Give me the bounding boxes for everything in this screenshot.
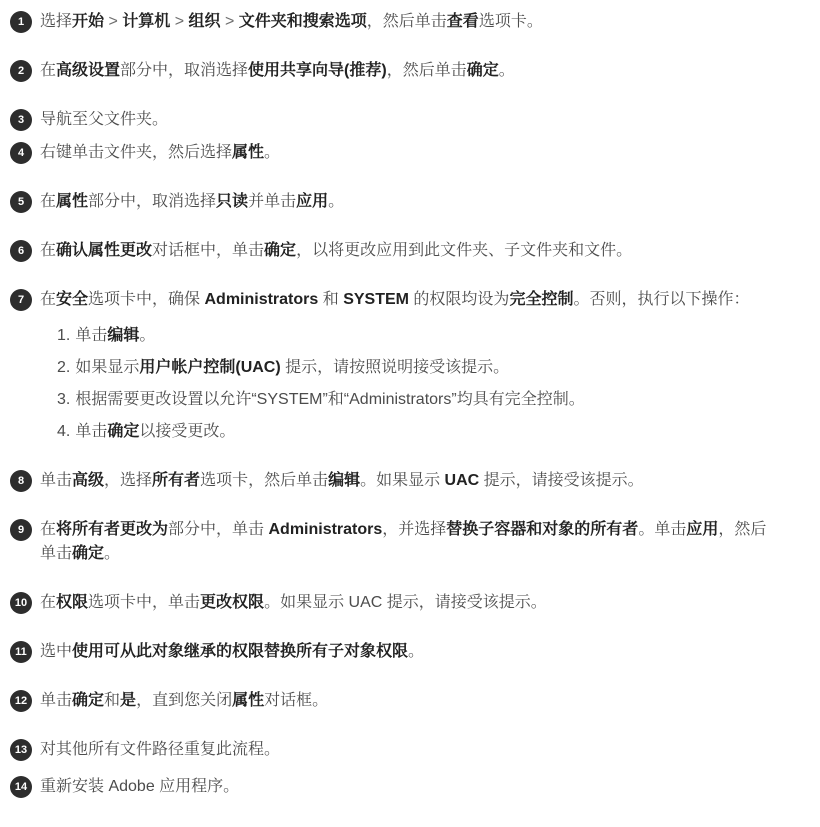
step-number-badge: 9 xyxy=(10,519,32,541)
step-text-bold: 属性 xyxy=(232,692,264,709)
step-text: 在安全选项卡中，确保 Administrators 和 SYSTEM 的权限均设… xyxy=(40,288,768,312)
sub-step-item: 4.单击确定以接受更改。 xyxy=(57,420,768,444)
sub-step-text-segment: 根据需要更改设置以允许“SYSTEM”和“Administrators”均具有完… xyxy=(75,391,584,408)
step-text: 重新安装 Adobe 应用程序。 xyxy=(40,775,768,799)
step-number-badge: 8 xyxy=(10,470,32,492)
step-text-bold: 是 xyxy=(120,692,136,709)
step-text-bold: 高级设置 xyxy=(56,62,120,79)
step-text-bold: 确定 xyxy=(72,692,104,709)
step-item: 1选择开始 > 计算机 > 组织 > 文件夹和搜索选项，然后单击查看选项卡。 xyxy=(0,10,820,34)
step-number-badge: 3 xyxy=(10,109,32,131)
step-item: 4右键单击文件夹，然后选择属性。 xyxy=(0,141,820,165)
step-text-bold: 属性 xyxy=(56,193,88,210)
step-text-bold: 将所有者更改为 xyxy=(56,521,168,538)
step-item: 2在高级设置部分中，取消选择使用共享向导(推荐)，然后单击确定。 xyxy=(0,59,820,83)
step-text-segment: 对话框。 xyxy=(264,692,328,709)
step-text-segment: 选项卡。 xyxy=(479,13,543,30)
step-text-bold: 组织 xyxy=(189,13,221,30)
step-text-bold: 确定 xyxy=(72,545,104,562)
sub-step-item: 3.根据需要更改设置以允许“SYSTEM”和“Administrators”均具… xyxy=(57,388,768,412)
sub-step-text: 根据需要更改设置以允许“SYSTEM”和“Administrators”均具有完… xyxy=(75,388,584,412)
step-item: 6在确认属性更改对话框中，单击确定，以将更改应用到此文件夹、子文件夹和文件。 xyxy=(0,239,820,263)
step-text-segment: ，选择 xyxy=(104,472,152,489)
step-text-bold: 只读 xyxy=(216,193,248,210)
step-item: 14重新安装 Adobe 应用程序。 xyxy=(0,775,820,799)
step-text-segment: ，然后单击 xyxy=(387,62,467,79)
sub-step-number: 4. xyxy=(57,420,70,444)
step-item: 5在属性部分中，取消选择只读并单击应用。 xyxy=(0,190,820,214)
sub-step-text-bold: 确定 xyxy=(107,423,139,440)
step-number-badge: 1 xyxy=(10,11,32,33)
step-text-bold: 使用可从此对象继承的权限替换所有子对象权限 xyxy=(72,643,408,660)
step-text-segment: 在 xyxy=(40,594,56,611)
step-text: 导航至父文件夹。 xyxy=(40,108,768,132)
step-text-segment: 。否则，执行以下操作： xyxy=(573,291,749,308)
step-text-segment: 右键单击文件夹，然后选择 xyxy=(40,144,232,161)
step-text-segment: 对其他所有文件路径重复此流程。 xyxy=(40,741,280,758)
step-text-bold: 确定 xyxy=(467,62,499,79)
step-number-badge: 7 xyxy=(10,289,32,311)
step-number-badge: 14 xyxy=(10,776,32,798)
step-number-badge: 12 xyxy=(10,690,32,712)
sub-step-text-segment: 。 xyxy=(139,327,155,344)
step-text-bold: 应用 xyxy=(296,193,328,210)
numbered-steps-list: 1选择开始 > 计算机 > 组织 > 文件夹和搜索选项，然后单击查看选项卡。2在… xyxy=(0,0,820,799)
step-item: 10在权限选项卡中，单击更改权限。如果显示 UAC 提示，请接受该提示。 xyxy=(0,591,820,615)
sub-step-text-segment: 以接受更改。 xyxy=(139,423,235,440)
step-text-segment: 单击 xyxy=(40,472,72,489)
step-text-segment: 在 xyxy=(40,193,56,210)
step-text-segment: 选项卡中，确保 xyxy=(88,291,204,308)
step-text-bold: 完全控制 xyxy=(509,291,573,308)
step-text-segment: ，直到您关闭 xyxy=(136,692,232,709)
step-text-bold: 更改权限 xyxy=(200,594,264,611)
step-text-bold: 计算机 xyxy=(122,13,170,30)
step-text: 在高级设置部分中，取消选择使用共享向导(推荐)，然后单击确定。 xyxy=(40,59,768,83)
sub-step-text: 单击确定以接受更改。 xyxy=(75,420,235,444)
step-text: 选中使用可从此对象继承的权限替换所有子对象权限。 xyxy=(40,640,768,664)
step-number-badge: 5 xyxy=(10,191,32,213)
step-text-bold: UAC xyxy=(445,472,480,489)
step-text-bold: 高级 xyxy=(72,472,104,489)
step-number-badge: 11 xyxy=(10,641,32,663)
step-text-segment: ，以将更改应用到此文件夹、子文件夹和文件。 xyxy=(296,242,632,259)
sub-step-item: 1.单击编辑。 xyxy=(57,324,768,348)
breadcrumb-separator: > xyxy=(104,13,122,30)
step-text-bold: 使用共享向导(推荐) xyxy=(248,62,387,79)
step-text-segment: 导航至父文件夹。 xyxy=(40,111,168,128)
sub-step-text-segment: 如果显示 xyxy=(75,359,139,376)
step-text-segment: 。 xyxy=(499,62,515,79)
step-text-segment: 。如果显示 xyxy=(360,472,444,489)
sub-steps-list: 1.单击编辑。2.如果显示用户帐户控制(UAC) 提示，请按照说明接受该提示。3… xyxy=(40,324,768,444)
step-text-segment: 在 xyxy=(40,62,56,79)
step-text-segment: 单击 xyxy=(40,692,72,709)
step-text: 在确认属性更改对话框中，单击确定，以将更改应用到此文件夹、子文件夹和文件。 xyxy=(40,239,768,263)
step-text-bold: Administrators xyxy=(204,291,318,308)
step-text-segment: 的权限均设为 xyxy=(409,291,509,308)
step-text-segment: 在 xyxy=(40,242,56,259)
step-text-segment: 选择 xyxy=(40,13,72,30)
step-text: 在将所有者更改为部分中，单击 Administrators，并选择替换子容器和对… xyxy=(40,518,768,566)
step-item: 8单击高级，选择所有者选项卡，然后单击编辑。如果显示 UAC 提示，请接受该提示… xyxy=(0,469,820,493)
step-text-bold: SYSTEM xyxy=(343,291,409,308)
sub-step-text-segment: 单击 xyxy=(75,423,107,440)
sub-step-text: 如果显示用户帐户控制(UAC) 提示，请按照说明接受该提示。 xyxy=(75,356,509,380)
step-number-badge: 6 xyxy=(10,240,32,262)
step-text-bold: 查看 xyxy=(447,13,479,30)
step-text-bold: 应用 xyxy=(686,521,718,538)
step-number-badge: 2 xyxy=(10,60,32,82)
step-item: 9在将所有者更改为部分中，单击 Administrators，并选择替换子容器和… xyxy=(0,518,820,566)
step-text-bold: 属性 xyxy=(232,144,264,161)
breadcrumb-separator: > xyxy=(221,13,239,30)
sub-step-text-bold: 编辑 xyxy=(107,327,139,344)
step-text-segment: 。 xyxy=(328,193,344,210)
step-text-segment: 选项卡中，单击 xyxy=(88,594,200,611)
step-item: 12单击确定和是，直到您关闭属性对话框。 xyxy=(0,689,820,713)
sub-step-number: 3. xyxy=(57,388,70,412)
step-number-badge: 4 xyxy=(10,142,32,164)
sub-step-text-bold: 用户帐户控制(UAC) xyxy=(139,359,280,376)
step-item: 7在安全选项卡中，确保 Administrators 和 SYSTEM 的权限均… xyxy=(0,288,820,444)
step-text-segment: 和 xyxy=(318,291,343,308)
step-text-segment: 部分中，取消选择 xyxy=(88,193,216,210)
step-text-bold: 权限 xyxy=(56,594,88,611)
step-text-bold: 所有者 xyxy=(152,472,200,489)
step-item: 3导航至父文件夹。 xyxy=(0,108,820,132)
step-text-segment: 在 xyxy=(40,291,56,308)
step-text-segment: 部分中，取消选择 xyxy=(120,62,248,79)
step-text-segment: 对话框中，单击 xyxy=(152,242,264,259)
sub-step-item: 2.如果显示用户帐户控制(UAC) 提示，请按照说明接受该提示。 xyxy=(57,356,768,380)
step-text-segment: 提示，请接受该提示。 xyxy=(479,472,643,489)
step-text-bold: 编辑 xyxy=(328,472,360,489)
step-text-segment: 。 xyxy=(104,545,120,562)
step-text-bold: 替换子容器和对象的所有者 xyxy=(446,521,638,538)
step-text: 选择开始 > 计算机 > 组织 > 文件夹和搜索选项，然后单击查看选项卡。 xyxy=(40,10,768,34)
step-number-badge: 13 xyxy=(10,739,32,761)
step-text-bold: 文件夹和搜索选项 xyxy=(239,13,367,30)
step-text-bold: Administrators xyxy=(268,521,382,538)
step-text: 单击确定和是，直到您关闭属性对话框。 xyxy=(40,689,768,713)
step-text-bold: 安全 xyxy=(56,291,88,308)
step-text-segment: 。单击 xyxy=(638,521,686,538)
step-text-segment: 。如果显示 UAC 提示，请接受该提示。 xyxy=(264,594,547,611)
step-text-segment: 。 xyxy=(408,643,424,660)
step-text: 对其他所有文件路径重复此流程。 xyxy=(40,738,768,762)
breadcrumb-separator: > xyxy=(170,13,188,30)
step-text-segment: 选项卡，然后单击 xyxy=(200,472,328,489)
step-number-badge: 10 xyxy=(10,592,32,614)
sub-step-text-segment: 提示，请按照说明接受该提示。 xyxy=(281,359,509,376)
step-text-segment: 部分中，单击 xyxy=(168,521,268,538)
step-text-segment: ，并选择 xyxy=(382,521,446,538)
step-text: 单击高级，选择所有者选项卡，然后单击编辑。如果显示 UAC 提示，请接受该提示。 xyxy=(40,469,768,493)
step-text-bold: 确认属性更改 xyxy=(56,242,152,259)
step-text-segment: 。 xyxy=(264,144,280,161)
step-text-segment: ，然后单击 xyxy=(367,13,447,30)
step-text-segment: 在 xyxy=(40,521,56,538)
step-text-segment: 和 xyxy=(104,692,120,709)
step-item: 11选中使用可从此对象继承的权限替换所有子对象权限。 xyxy=(0,640,820,664)
sub-step-number: 1. xyxy=(57,324,70,348)
step-item: 13对其他所有文件路径重复此流程。 xyxy=(0,738,820,762)
sub-step-text: 单击编辑。 xyxy=(75,324,155,348)
sub-step-text-segment: 单击 xyxy=(75,327,107,344)
step-text: 在权限选项卡中，单击更改权限。如果显示 UAC 提示，请接受该提示。 xyxy=(40,591,768,615)
step-text-bold: 开始 xyxy=(72,13,104,30)
step-text: 右键单击文件夹，然后选择属性。 xyxy=(40,141,768,165)
step-text: 在属性部分中，取消选择只读并单击应用。 xyxy=(40,190,768,214)
step-text-segment: 选中 xyxy=(40,643,72,660)
step-text-segment: 并单击 xyxy=(248,193,296,210)
sub-step-number: 2. xyxy=(57,356,70,380)
step-text-bold: 确定 xyxy=(264,242,296,259)
step-text-segment: 重新安装 Adobe 应用程序。 xyxy=(40,778,239,795)
